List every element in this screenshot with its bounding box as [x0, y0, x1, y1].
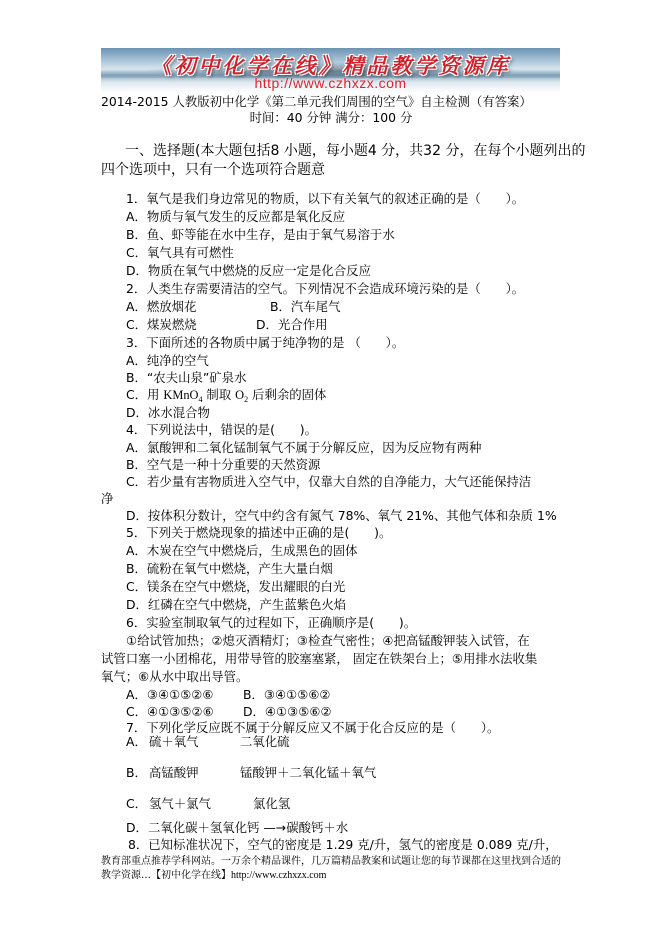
step-list-line1: ①给试管加热；②熄灭酒精灯；③检查气密性；④把高锰酸钾装入试管，在: [126, 633, 530, 649]
formula-o2: O: [235, 388, 244, 402]
option-b: B．鱼、虾等能在水中生存，是由于氧气易溶于水: [126, 227, 395, 243]
option-d: D．④①③⑤⑥②: [243, 704, 332, 720]
footer-promo-line2: 教学资源…【初中化学在线】http://www.czhxzx.com: [101, 869, 326, 883]
document-title: 2014-2015 人教版初中化学《第二单元我们周围的空气》自主检测（有答案）: [101, 94, 532, 110]
option-c: C．④①③⑤②⑥: [126, 704, 214, 720]
section-heading-line1: 一、选择题(本大题包括8 小题，每小题4 分，共32 分，在每个小题列出的: [125, 141, 585, 161]
option-d: D．物质在氧气中燃烧的反应一定是化合反应: [126, 263, 371, 279]
option-b: B．空气是一种十分重要的天然资源: [126, 457, 320, 473]
reaction-c-label: C．: [126, 796, 147, 812]
option-c-wrap: 净: [101, 491, 113, 507]
reaction-a-label: A．: [126, 734, 147, 750]
reaction-d: D．二氧化碳＋氢氧化钙 —→碳酸钙＋水: [126, 820, 348, 836]
step-list-line2: 试管口塞一小团棉花，用带导管的胶塞塞紧， 固定在铁架台上；⑤用排水法收集: [101, 651, 537, 667]
option-a: A．氯酸钾和二氧化锰制氧气不属于分解反应，因为反应物有两种: [126, 440, 481, 456]
banner-url[interactable]: http://www.czhxzx.com: [101, 75, 560, 91]
option-c: C．镁条在空气中燃烧，发出耀眼的白光: [126, 579, 345, 595]
formula-kmno4: KMnO: [163, 388, 198, 402]
option-b: B．③④①⑤⑥②: [243, 687, 331, 703]
question-stem: 3．下面所述的各物质中属于纯净物的是 （ ）。: [126, 335, 404, 351]
option-d: D．按体积分数计，空气中约含有氮气 78%、氧气 21%、其他气体和杂质 1%: [126, 508, 557, 524]
option-c-mid: 制取: [202, 387, 235, 402]
option-a: A．燃放烟花: [126, 299, 196, 315]
question-stem: 5．下列关于燃烧现象的描述中正确的是( )。: [126, 525, 391, 541]
reaction-b-products: 锰酸钾＋二氧化锰＋氧气: [240, 765, 376, 781]
section-heading-line2: 四个选项中，只有一个选项符合题意: [101, 160, 325, 180]
exam-meta: 时间：40 分钟 满分：100 分: [101, 110, 561, 126]
step-list-line3: 氧气；⑥从水中取出导管。: [101, 669, 248, 685]
reaction-b-reactants: 高锰酸钾: [149, 765, 199, 781]
option-a: A．木炭在空气中燃烧后，生成黑色的固体: [126, 543, 358, 559]
reaction-a-reactants: 硫＋氧气: [149, 734, 199, 750]
question-8-stem: 8．已知标准状况下，空气的密度是 1.29 克/升，氢气的密度是 0.089 克…: [128, 837, 558, 853]
option-c-prefix: C．用: [126, 387, 163, 402]
option-c: C．氧气具有可燃性: [126, 245, 234, 261]
reaction-b-label: B．: [126, 765, 147, 781]
footer-site-name: 教学资源…【初中化学在线】: [101, 870, 231, 881]
option-d: D．冰水混合物: [126, 405, 210, 421]
reaction-c-products: 氯化氢: [253, 796, 290, 812]
footer-url-link[interactable]: http://www.czhxzx.com: [231, 870, 326, 881]
reaction-d-products: 碳酸钙＋水: [286, 820, 348, 835]
option-c: C．若少量有害物质进入空气中，仅靠大自然的自净能力，大气还能保持洁: [126, 474, 531, 490]
option-d: D．光合作用: [256, 317, 328, 333]
reaction-d-reactants: 二氧化碳＋氢氧化钙: [148, 820, 260, 835]
reaction-d-label: D．: [126, 820, 148, 835]
question-stem: 2．人类生存需要清洁的空气。下列情况不会造成环境污染的是（ ）。: [126, 281, 524, 297]
option-c: C．煤炭燃烧: [126, 317, 197, 333]
question-stem: 1．氧气是我们身边常见的物质，以下有关氧气的叙述正确的是（ ）。: [126, 191, 524, 207]
option-d: D．红磷在空气中燃烧，产生蓝紫色火焰: [126, 597, 346, 613]
question-stem: 6．实验室制取氧气的过程如下，正确顺序是( )。: [126, 615, 416, 631]
option-a: A．③④①⑤②⑥: [126, 687, 214, 703]
option-b: B．硫粉在氧气中燃烧，产生大量白烟: [126, 561, 333, 577]
option-a: A．物质与氧气发生的反应都是氧化反应: [126, 209, 345, 225]
option-a: A．纯净的空气: [126, 353, 209, 369]
reaction-c-reactants: 氢气＋氯气: [149, 796, 211, 812]
option-b: B．汽车尾气: [270, 299, 340, 315]
reaction-a-products: 二氧化硫: [240, 734, 290, 750]
question-stem: 4．下列说法中，错误的是( )。: [126, 422, 317, 438]
option-b: B．“农夫山泉”矿泉水: [126, 370, 246, 386]
site-banner: 《初中化学在线》精品教学资源库 http://www.czhxzx.com: [101, 48, 560, 92]
option-c-suffix: 后剩余的固体: [248, 387, 326, 402]
reaction-arrow-icon: —→: [263, 820, 286, 835]
footer-promo-line1: 教育部重点推荐学科网站。一万余个精品课件，几万篇精品教案和试题让您的每节课都在这…: [101, 855, 561, 869]
